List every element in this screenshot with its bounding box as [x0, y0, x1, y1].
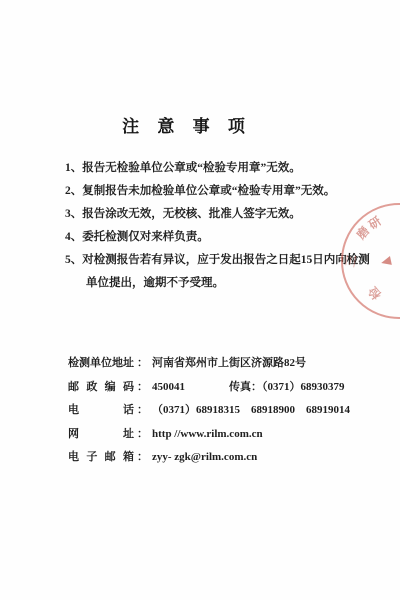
- report-notice-page: 注 意 事 项 1、报告无检验单位公章或“检验专用章”无效。 2、复制报告未加检…: [0, 0, 400, 600]
- notice-item-2: 2、复制报告未加检验单位公章或“检验专用章”无效。: [65, 180, 392, 203]
- email-value: zyy- zgk@rilm.com.cn: [152, 446, 257, 470]
- seal-character: 三: [344, 254, 358, 268]
- contact-row-email: 电子邮箱 ： zyy- zgk@rilm.com.cn: [68, 446, 400, 470]
- phone-value: （0371）68918315 68918900 68919014: [152, 399, 350, 423]
- address-value: 河南省郑州市上街区济源路82号: [152, 352, 306, 376]
- notice-item-5-line-2: 单位提出，逾期不予受理。: [86, 277, 224, 289]
- fax-label-value: 传真：（0371）68930379: [229, 376, 345, 400]
- postal-code-label: 邮政编码: [68, 376, 134, 400]
- contact-row-address: 检测单位地址 ： 河南省郑州市上街区济源路82号: [68, 352, 400, 376]
- contact-block: 检测单位地址 ： 河南省郑州市上街区济源路82号 邮政编码 ： 450041 传…: [68, 352, 400, 470]
- notice-item-1: 1、报告无检验单位公章或“检验专用章”无效。: [65, 157, 392, 180]
- label-colon: ：: [137, 399, 148, 423]
- phone-label: 电话: [68, 399, 134, 423]
- postal-code-value: 450041: [152, 376, 185, 400]
- website-label: 网址: [68, 423, 134, 447]
- label-colon: ：: [137, 423, 148, 447]
- seal-star-point-icon: [380, 256, 392, 267]
- website-value: http //www.rilm.com.cn: [152, 423, 263, 447]
- notice-item-5-line-1: 5、对检测报告若有异议，应于发出报告之日起15日内向检测: [65, 254, 370, 266]
- address-label: 检测单位地址: [68, 352, 134, 376]
- contact-row-phone: 电话 ： （0371）68918315 68918900 68919014: [68, 399, 400, 423]
- seal-character: 研: [367, 215, 384, 232]
- notice-item-3: 3、报告涂改无效，无校核、批准人签字无效。: [65, 203, 392, 226]
- email-label: 电子邮箱: [68, 446, 134, 470]
- label-colon: ：: [137, 352, 148, 376]
- label-colon: ：: [137, 376, 148, 400]
- contact-row-website: 网址 ： http //www.rilm.com.cn: [68, 423, 400, 447]
- seal-character: 检: [367, 285, 384, 302]
- label-colon: ：: [137, 446, 148, 470]
- contact-row-postal-fax: 邮政编码 ： 450041 传真：（0371）68930379: [68, 376, 400, 400]
- page-title: 注 意 事 项: [0, 0, 374, 137]
- seal-character: 磨: [355, 225, 372, 242]
